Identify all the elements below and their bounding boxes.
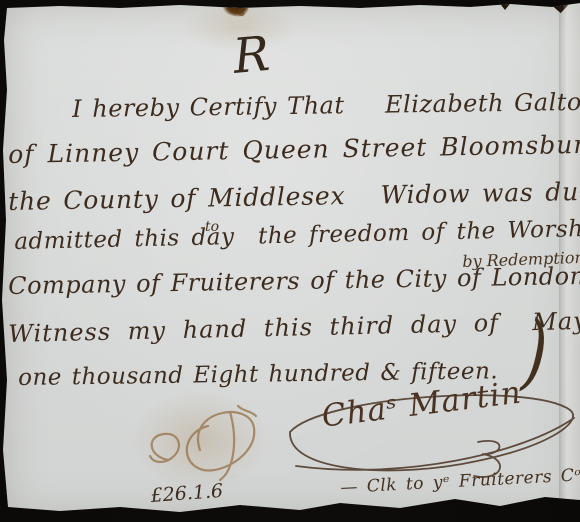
text-line-5: Company of Fruiterers of the City of Lon…: [8, 262, 580, 301]
edge-tear-mark: [497, 0, 513, 10]
text-line-2: of Linney Court Queen Street Bloomsbury …: [8, 130, 580, 170]
text-line-1: I hereby Certify That Elizabeth Galton: [72, 89, 580, 124]
text-line-3: the County of Middlesex Widow was duly —…: [8, 177, 580, 217]
stamp-descender: [220, 412, 234, 480]
text-line-6: Witness my hand this third day of May: [8, 308, 580, 349]
stamp-curl: [150, 434, 179, 462]
document-scan: R I hereby Certify That Elizabeth Galton…: [0, 0, 580, 522]
stamp-loop: [187, 412, 254, 470]
text-line-4: admitted this day the freedom of the Wor…: [14, 215, 580, 256]
registration-mark: R: [231, 27, 272, 85]
ink-blot: [219, 0, 251, 20]
certificate-paper: R I hereby Certify That Elizabeth Galton…: [0, 0, 580, 522]
inserted-word-to: to: [205, 219, 219, 235]
monogram-stamp: [138, 398, 260, 484]
fee-amount: £26.1.6: [150, 481, 224, 508]
